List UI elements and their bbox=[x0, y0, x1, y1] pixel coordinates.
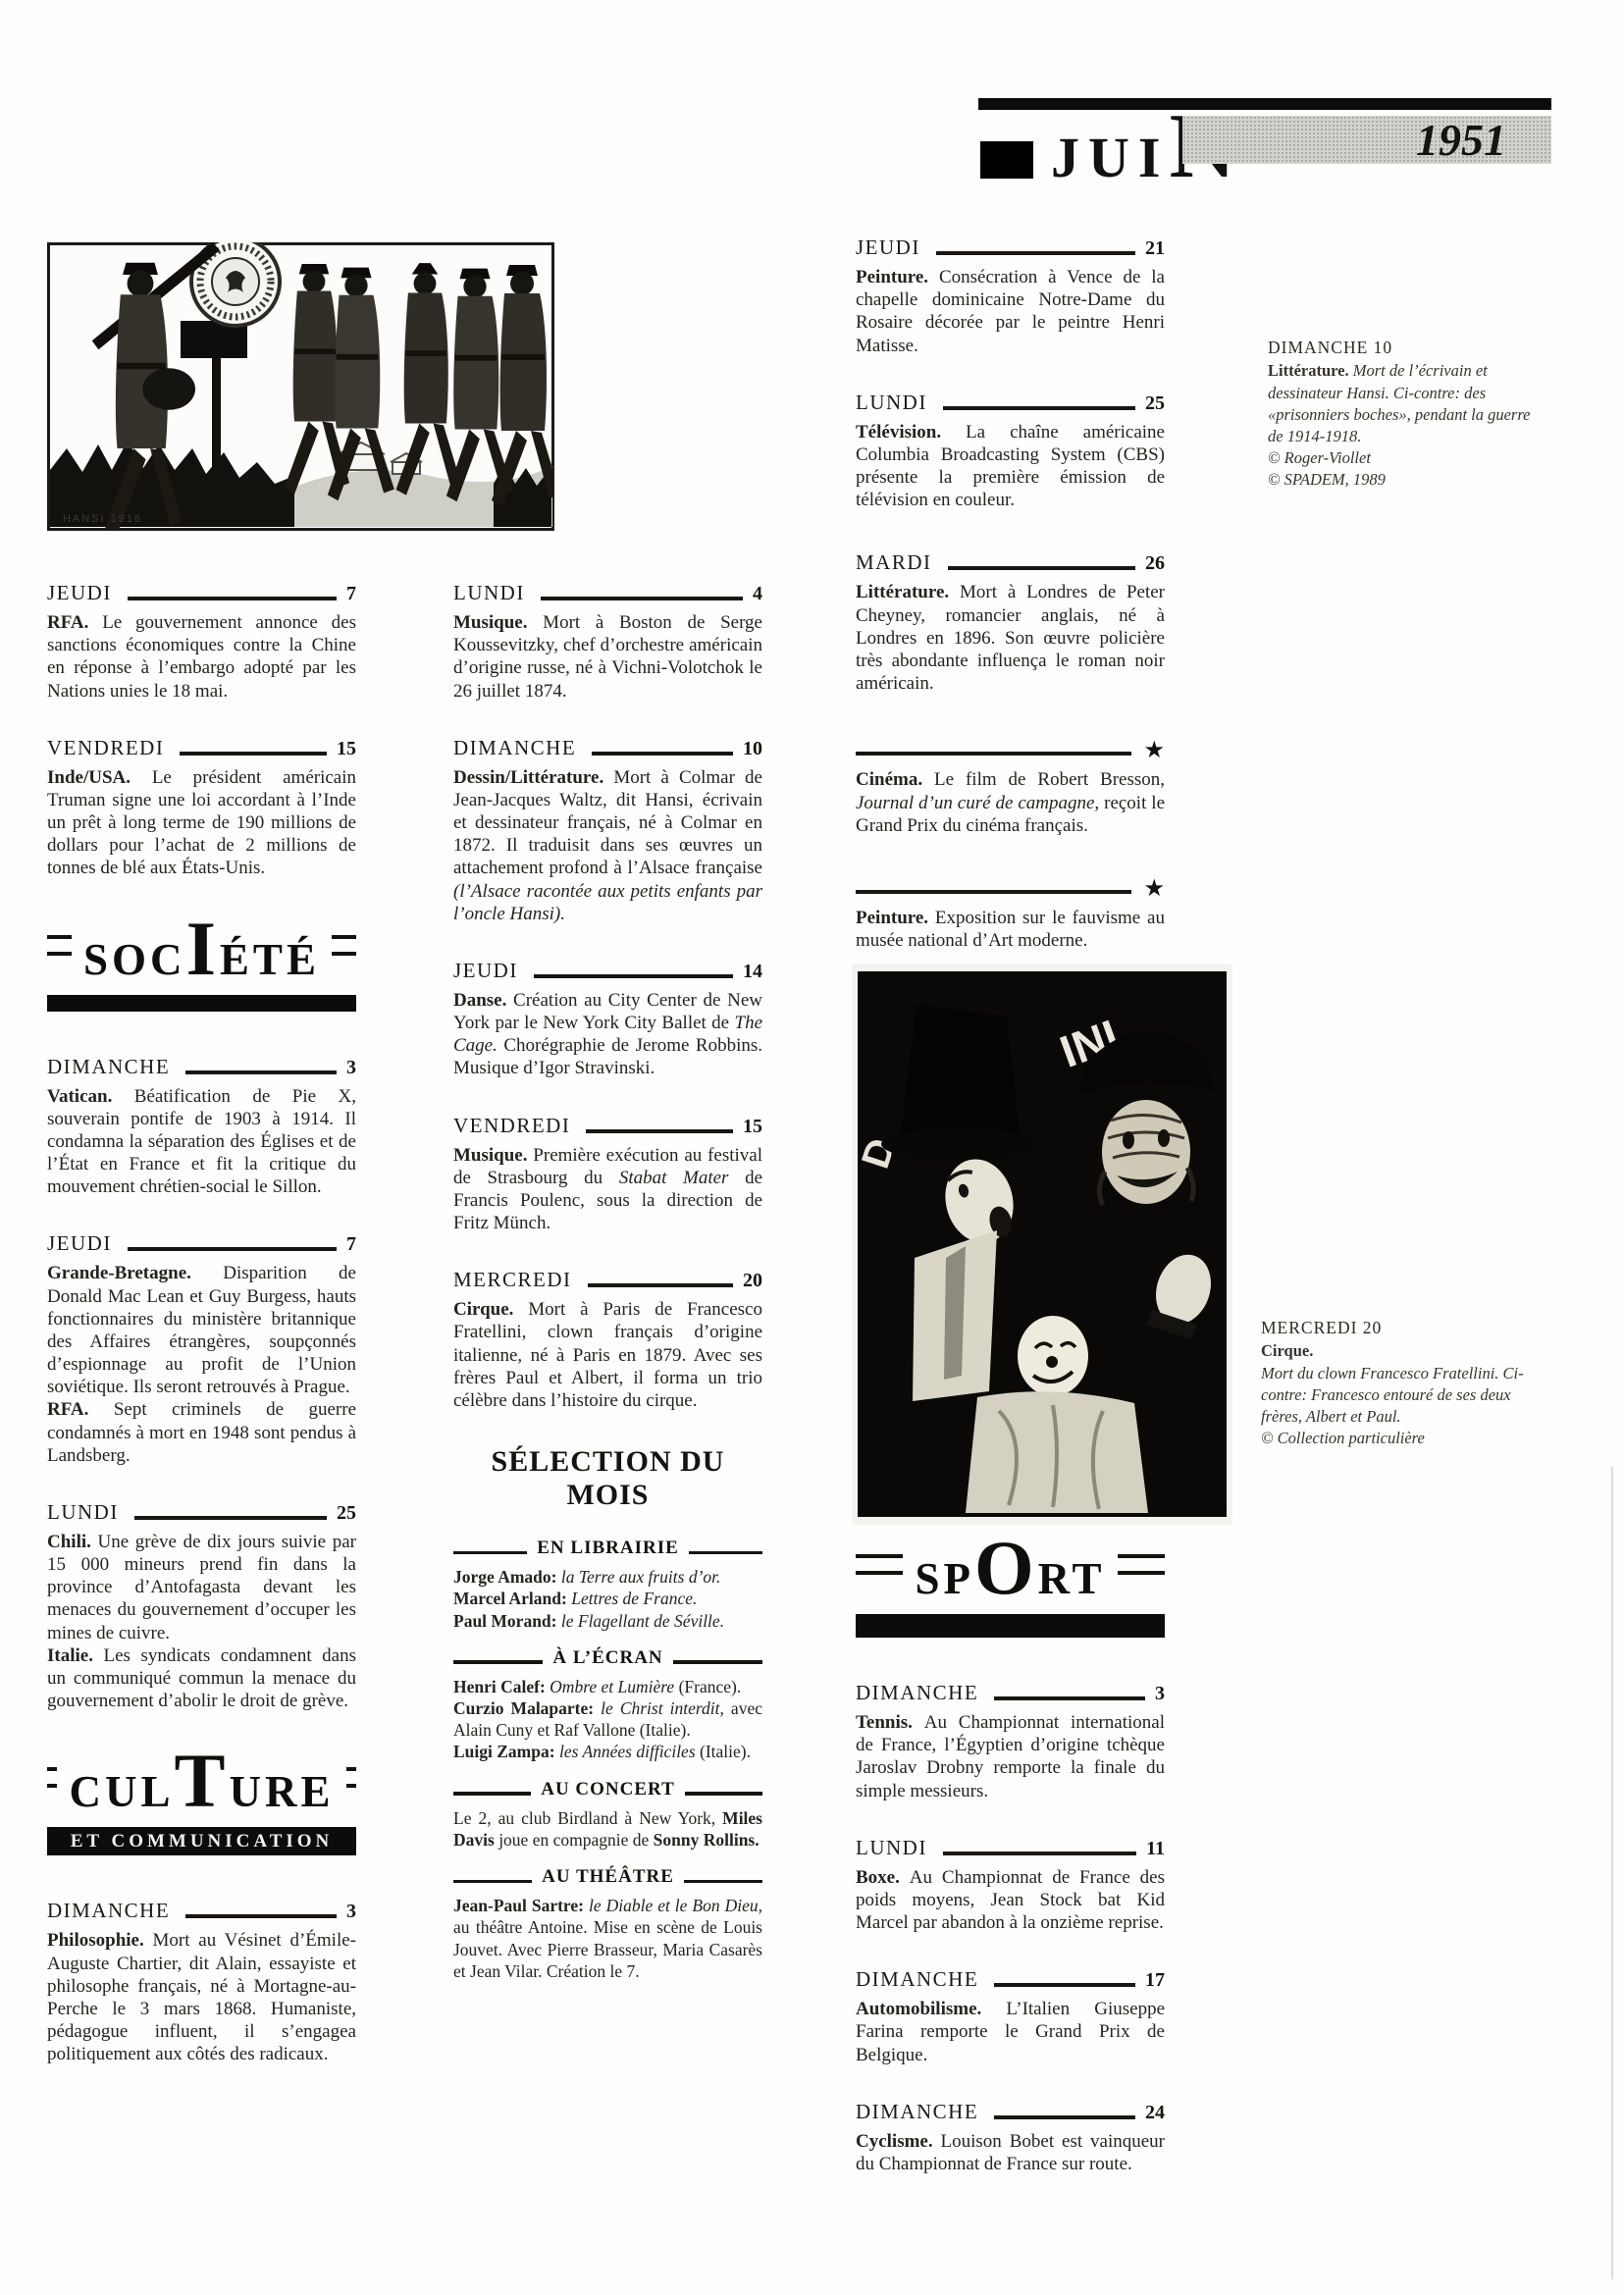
calendar-entry: LUNDI 25 Télévision. La chaîne américain… bbox=[856, 391, 1165, 512]
entry-text: Danse. Création au City Center de New Yo… bbox=[453, 989, 762, 1080]
calendar-entry: DIMANCHE 3 Vatican. Béatification de Pie… bbox=[47, 1055, 356, 1199]
day-rule bbox=[185, 1070, 337, 1074]
entry-text: Philosophie. Mort au Vésinet d’Émile-Aug… bbox=[47, 1929, 356, 2065]
day-number: 21 bbox=[1145, 237, 1165, 260]
day-rule bbox=[180, 752, 327, 756]
day-row: MARDI 26 bbox=[856, 550, 1165, 575]
starred-entry: ★ Cinéma. Le film de Robert Bresson, Jou… bbox=[856, 742, 1165, 837]
masthead-square-icon bbox=[980, 141, 1033, 179]
rule-left bbox=[453, 1660, 543, 1664]
day-number: 10 bbox=[743, 738, 762, 760]
day-number: 3 bbox=[346, 1057, 356, 1079]
calendar-entry: LUNDI 4 Musique. Mort à Boston de Serge … bbox=[453, 581, 762, 703]
entry-text: Cirque. Mort à Paris de Francesco Fratel… bbox=[453, 1298, 762, 1412]
day-label: VENDREDI bbox=[47, 736, 164, 760]
selection-item: Luigi Zampa: les Années difficiles (Ital… bbox=[453, 1741, 762, 1762]
day-rule bbox=[541, 597, 743, 600]
starred-entry: ★ Peinture. Exposition sur le fauvisme a… bbox=[856, 880, 1165, 953]
entry-text: Littérature. Mort à Londres de Peter Che… bbox=[856, 581, 1165, 695]
day-label: JEUDI bbox=[47, 1231, 112, 1256]
entry-text: Grande-Bretagne. Disparition de Donald M… bbox=[47, 1262, 356, 1398]
day-row: LUNDI 4 bbox=[453, 581, 762, 605]
subsection-header-librairie: EN LIBRAIRIE bbox=[453, 1538, 762, 1559]
calendar-entry: JEUDI 21 Peinture. Consécration à Vence … bbox=[856, 235, 1165, 357]
day-row: MERCREDI 20 bbox=[453, 1268, 762, 1292]
day-number: 3 bbox=[346, 1901, 356, 1923]
day-row: JEUDI 7 bbox=[47, 581, 356, 605]
selection-title: SÉLECTION DU MOIS bbox=[453, 1445, 762, 1512]
subsection-label: AU CONCERT bbox=[541, 1779, 675, 1800]
day-label: LUNDI bbox=[47, 1500, 119, 1525]
column-middle: LUNDI 4 Musique. Mort à Boston de Serge … bbox=[453, 581, 762, 1982]
entry-text: Musique. Mort à Boston de Serge Koussevi… bbox=[453, 611, 762, 703]
year-label: 1951 bbox=[1416, 114, 1506, 166]
selection-item: Marcel Arland: Lettres de France. bbox=[453, 1588, 762, 1609]
day-number: 24 bbox=[1145, 2102, 1165, 2124]
margin-note-fratellini: MERCREDI 20 Cirque. Mort du clown France… bbox=[1261, 1317, 1555, 1449]
day-label: DIMANCHE bbox=[47, 1055, 170, 1079]
day-row: DIMANCHE 3 bbox=[47, 1899, 356, 1923]
selection-item: Jean-Paul Sartre: le Diable et le Bon Di… bbox=[453, 1895, 762, 1982]
day-label: JEUDI bbox=[47, 581, 112, 605]
rule-right bbox=[685, 1792, 762, 1796]
day-label: LUNDI bbox=[453, 581, 525, 605]
entry-text: Italie. Les syndicats condamnent dans un… bbox=[47, 1644, 356, 1713]
calendar-entry: JEUDI 7 Grande-Bretagne. Disparition de … bbox=[47, 1231, 356, 1467]
day-label: DIMANCHE bbox=[856, 1681, 978, 1705]
day-rule bbox=[994, 1983, 1135, 1987]
day-number: 15 bbox=[743, 1116, 762, 1138]
banner-black-bar bbox=[856, 1614, 1165, 1638]
month-masthead: JUIN 1951 bbox=[978, 94, 1551, 196]
calendar-entry: VENDREDI 15 Musique. Première exécution … bbox=[453, 1114, 762, 1235]
year-badge: 1951 bbox=[1182, 116, 1551, 164]
day-row: JEUDI 7 bbox=[47, 1231, 356, 1256]
section-title-societe: SOCIÉTÉ bbox=[47, 913, 356, 995]
photo-credit: © Collection particulière bbox=[1261, 1428, 1555, 1449]
rule-right bbox=[673, 1660, 762, 1664]
day-number: 7 bbox=[346, 1233, 356, 1256]
day-row: LUNDI 25 bbox=[47, 1500, 356, 1525]
selection-du-mois: SÉLECTION DU MOIS EN LIBRAIRIE Jorge Ama… bbox=[453, 1445, 762, 1982]
entry-text: RFA. Le gouvernement annonce des sanctio… bbox=[47, 611, 356, 703]
column-left: JEUDI 7 RFA. Le gouvernement annonce des… bbox=[47, 581, 356, 2099]
section-title-sport: SPORT bbox=[856, 1533, 1165, 1614]
day-rule bbox=[994, 1696, 1145, 1700]
selection-item: Jorge Amado: la Terre aux fruits d’or. bbox=[453, 1566, 762, 1588]
section-banner-culture: CULTURE ET COMMUNICATION bbox=[47, 1746, 356, 1855]
day-label: MERCREDI bbox=[453, 1268, 572, 1292]
entry-text: Dessin/Littérature. Mort à Colmar de Jea… bbox=[453, 766, 762, 925]
entry-text: Télévision. La chaîne américaine Columbi… bbox=[856, 421, 1165, 512]
day-rule bbox=[185, 1914, 337, 1918]
photo-credit: © SPADEM, 1989 bbox=[1268, 469, 1539, 491]
day-row: VENDREDI 15 bbox=[453, 1114, 762, 1138]
photo-credit: © Roger-Viollet bbox=[1268, 447, 1539, 469]
day-rule bbox=[943, 1852, 1136, 1855]
star-row: ★ bbox=[856, 880, 1165, 899]
calendar-entry: VENDREDI 15 Inde/USA. Le président améri… bbox=[47, 736, 356, 880]
star-icon: ★ bbox=[1143, 742, 1165, 760]
day-rule bbox=[128, 1247, 337, 1251]
day-rule bbox=[948, 566, 1135, 570]
rule-right bbox=[684, 1880, 762, 1884]
day-label: JEUDI bbox=[453, 959, 518, 983]
section-banner-sport: SPORT bbox=[856, 1533, 1165, 1638]
calendar-entry: DIMANCHE 3 Philosophie. Mort au Vésinet … bbox=[47, 1899, 356, 2065]
day-row: VENDREDI 15 bbox=[47, 736, 356, 760]
day-row: DIMANCHE 3 bbox=[856, 1681, 1165, 1705]
note-caption: Littérature. Mort de l’écrivain et dessi… bbox=[1268, 360, 1539, 446]
section-title-culture: CULTURE bbox=[47, 1746, 356, 1827]
day-row: LUNDI 11 bbox=[856, 1836, 1165, 1860]
day-rule bbox=[586, 1129, 733, 1133]
subsection-label: EN LIBRAIRIE bbox=[537, 1538, 679, 1559]
day-row: JEUDI 21 bbox=[856, 235, 1165, 260]
day-rule bbox=[936, 251, 1135, 255]
margin-note-hansi: DIMANCHE 10 Littérature. Mort de l’écriv… bbox=[1268, 337, 1539, 491]
rule-right bbox=[689, 1551, 762, 1555]
day-row: JEUDI 14 bbox=[453, 959, 762, 983]
entry-text: Tennis. Au Championnat international de … bbox=[856, 1711, 1165, 1802]
day-number: 26 bbox=[1145, 552, 1165, 575]
selection-item: Paul Morand: le Flagellant de Séville. bbox=[453, 1610, 762, 1632]
day-row: DIMANCHE 3 bbox=[47, 1055, 356, 1079]
day-number: 17 bbox=[1145, 1969, 1165, 1992]
note-day-label: MERCREDI 20 bbox=[1261, 1317, 1555, 1339]
subsection-header-ecran: À L’ÉCRAN bbox=[453, 1647, 762, 1669]
day-label: DIMANCHE bbox=[856, 1967, 978, 1992]
calendar-entry: DIMANCHE 17 Automobilisme. L’Italien Giu… bbox=[856, 1967, 1165, 2066]
selection-item: Le 2, au club Birdland à New York, Miles… bbox=[453, 1807, 762, 1851]
calendar-entry: JEUDI 7 RFA. Le gouvernement annonce des… bbox=[47, 581, 356, 703]
day-number: 15 bbox=[337, 738, 356, 760]
entry-text: Vatican. Béatification de Pie X, souvera… bbox=[47, 1085, 356, 1199]
day-rule bbox=[943, 406, 1135, 410]
entry-text: Boxe. Au Championnat de France des poids… bbox=[856, 1866, 1165, 1935]
note-day-label: DIMANCHE 10 bbox=[1268, 337, 1539, 359]
day-number: 20 bbox=[743, 1270, 762, 1292]
day-label: JEUDI bbox=[856, 235, 920, 260]
day-row: DIMANCHE 10 bbox=[453, 736, 762, 760]
banner-black-bar bbox=[47, 995, 356, 1012]
subsection-label: À L’ÉCRAN bbox=[552, 1647, 662, 1669]
day-number: 4 bbox=[753, 583, 762, 605]
subsection-header-concert: AU CONCERT bbox=[453, 1779, 762, 1800]
entry-text: Cinéma. Le film de Robert Bresson, Journ… bbox=[856, 768, 1165, 837]
fratellini-photo: INI D bbox=[852, 964, 1232, 1525]
rule-left bbox=[453, 1792, 531, 1796]
day-number: 11 bbox=[1146, 1838, 1165, 1860]
day-label: DIMANCHE bbox=[47, 1899, 170, 1923]
banner-subtitle-bar: ET COMMUNICATION bbox=[47, 1827, 356, 1855]
day-rule bbox=[588, 1283, 733, 1287]
subsection-header-theatre: AU THÉÂTRE bbox=[453, 1866, 762, 1888]
day-row: DIMANCHE 17 bbox=[856, 1967, 1165, 1992]
day-label: VENDREDI bbox=[453, 1114, 570, 1138]
hansi-illustration: HANSI 1916 bbox=[47, 242, 554, 531]
day-label: LUNDI bbox=[856, 391, 927, 415]
calendar-entry: DIMANCHE 10 Dessin/Littérature. Mort à C… bbox=[453, 736, 762, 925]
star-rule bbox=[856, 752, 1131, 756]
entry-text: RFA. Sept criminels de guerre condamnés … bbox=[47, 1398, 356, 1467]
day-row: DIMANCHE 24 bbox=[856, 2100, 1165, 2124]
day-rule bbox=[994, 2115, 1135, 2119]
note-topic-label: Cirque. bbox=[1261, 1340, 1555, 1362]
entry-text: Cyclisme. Louison Bobet est vainqueur du… bbox=[856, 2130, 1165, 2175]
entry-text: Musique. Première exécution au festival … bbox=[453, 1144, 762, 1235]
day-number: 14 bbox=[743, 961, 762, 983]
selection-item: Curzio Malaparte: le Christ interdit, av… bbox=[453, 1697, 762, 1741]
note-caption: Mort du clown Francesco Fratellini. Ci-c… bbox=[1261, 1363, 1555, 1428]
day-number: 25 bbox=[337, 1502, 356, 1525]
star-icon: ★ bbox=[1143, 880, 1165, 899]
entry-text: Chili. Une grève de dix jours suivie par… bbox=[47, 1531, 356, 1644]
day-label: DIMANCHE bbox=[453, 736, 576, 760]
day-label: MARDI bbox=[856, 550, 932, 575]
calendar-entry: LUNDI 25 Chili. Une grève de dix jours s… bbox=[47, 1500, 356, 1712]
calendar-entry: MARDI 26 Littérature. Mort à Londres de … bbox=[856, 550, 1165, 695]
calendar-entry: DIMANCHE 24 Cyclisme. Louison Bobet est … bbox=[856, 2100, 1165, 2175]
day-rule bbox=[534, 974, 733, 978]
star-rule bbox=[856, 890, 1131, 894]
entry-text: Automobilisme. L’Italien Giuseppe Farina… bbox=[856, 1998, 1165, 2066]
day-rule bbox=[128, 597, 337, 600]
star-row: ★ bbox=[856, 742, 1165, 760]
day-rule bbox=[134, 1516, 327, 1520]
calendar-entry: DIMANCHE 3 Tennis. Au Championnat intern… bbox=[856, 1681, 1165, 1802]
subsection-label: AU THÉÂTRE bbox=[542, 1866, 674, 1888]
rule-left bbox=[453, 1551, 527, 1555]
selection-item: Henri Calef: Ombre et Lumière (France). bbox=[453, 1676, 762, 1697]
section-banner-societe: SOCIÉTÉ bbox=[47, 913, 356, 1012]
day-label: DIMANCHE bbox=[856, 2100, 978, 2124]
day-label: LUNDI bbox=[856, 1836, 927, 1860]
calendar-entry: JEUDI 14 Danse. Création au City Center … bbox=[453, 959, 762, 1080]
day-number: 7 bbox=[346, 583, 356, 605]
day-number: 25 bbox=[1145, 392, 1165, 415]
almanac-page: JUIN 1951 bbox=[0, 0, 1624, 2295]
day-row: LUNDI 25 bbox=[856, 391, 1165, 415]
entry-text: Peinture. Consécration à Vence de la cha… bbox=[856, 266, 1165, 357]
calendar-entry: LUNDI 11 Boxe. Au Championnat de France … bbox=[856, 1836, 1165, 1935]
calendar-entry: MERCREDI 20 Cirque. Mort à Paris de Fran… bbox=[453, 1268, 762, 1412]
illustration-signature-glyphs: HANSI 1916 bbox=[63, 513, 142, 525]
day-number: 3 bbox=[1155, 1683, 1165, 1705]
day-rule bbox=[592, 752, 733, 756]
scan-edge-artifact bbox=[1611, 1467, 1613, 2279]
entry-text: Inde/USA. Le président américain Truman … bbox=[47, 766, 356, 880]
column-right-top: JEUDI 21 Peinture. Consécration à Vence … bbox=[856, 235, 1165, 985]
column-right-bottom: SPORT DIMANCHE 3 Tennis. Au Championnat … bbox=[856, 1527, 1165, 2209]
rule-left bbox=[453, 1880, 532, 1884]
entry-text: Peinture. Exposition sur le fauvisme au … bbox=[856, 907, 1165, 952]
